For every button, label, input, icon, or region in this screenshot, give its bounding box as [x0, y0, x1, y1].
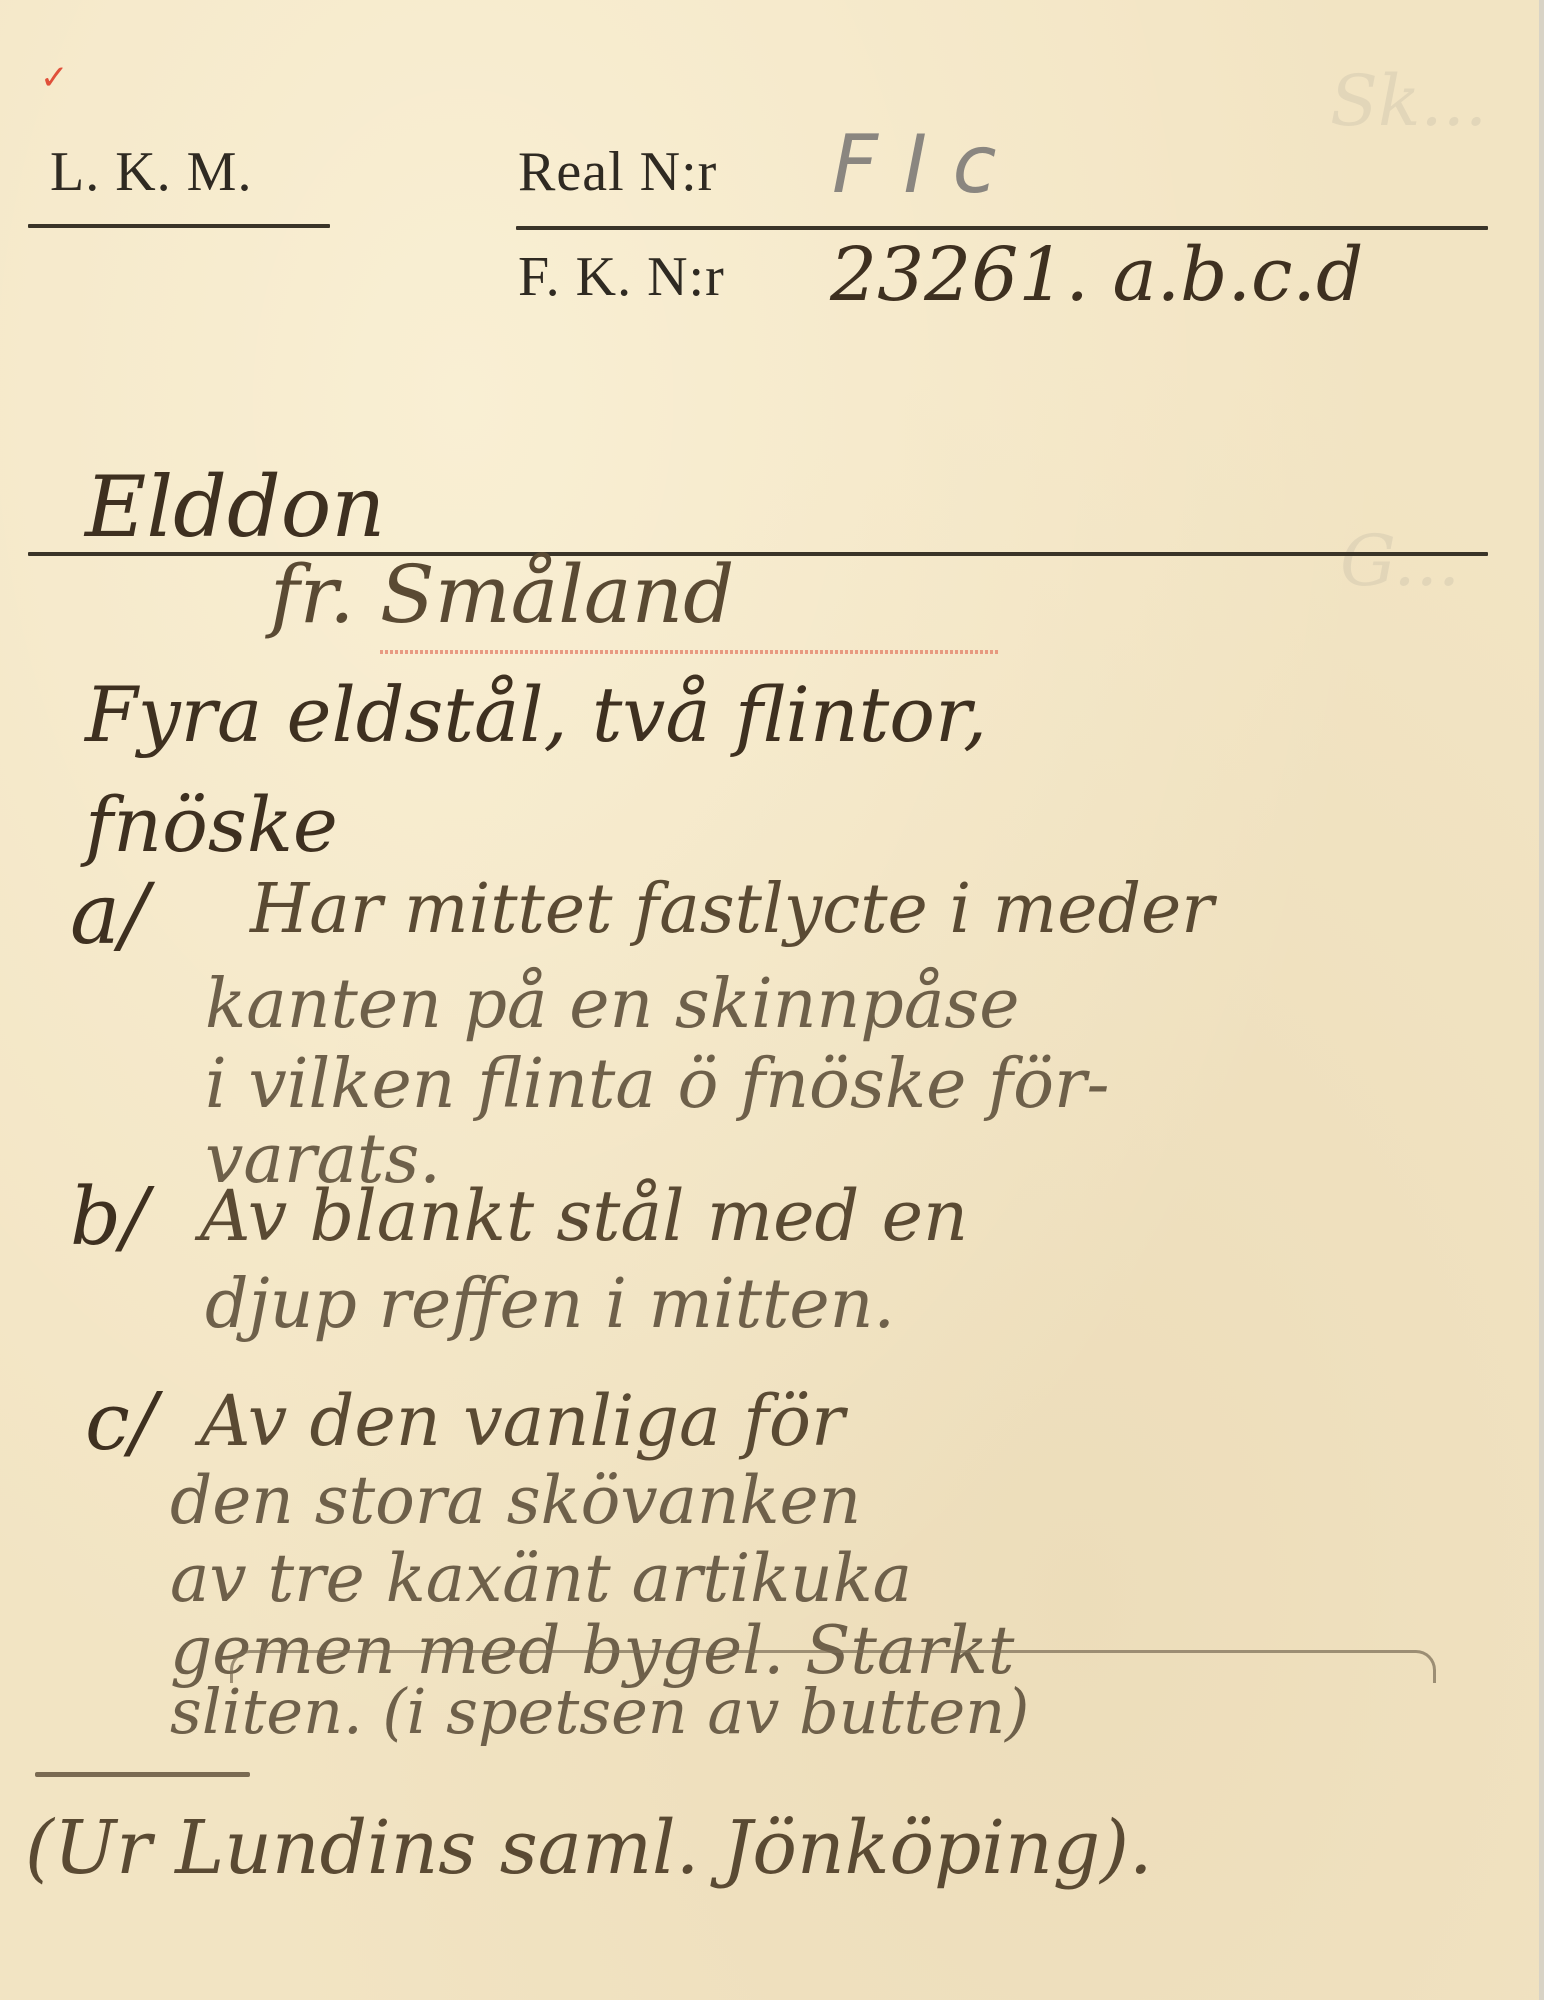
entry-a-line: i vilken flinta ö fnöske för- — [205, 1045, 1110, 1124]
entry-c-line: den stora skövanken — [170, 1462, 861, 1539]
entry-a-line: Har mittet fastlycte i meder — [250, 870, 1214, 949]
summary-line: fnöske — [85, 780, 338, 869]
entry-marker-c: c/ — [85, 1375, 157, 1468]
museum-label: L. K. M. — [50, 140, 252, 204]
origin-text: fr. Småland — [270, 548, 734, 641]
red-check-mark-icon: ✓ — [40, 58, 69, 98]
title-rule — [28, 552, 1488, 556]
real-nr-label: Real N:r — [518, 140, 717, 204]
entry-b-line: Av blankt stål med en — [200, 1175, 968, 1257]
entry-marker-a: a/ — [70, 865, 148, 963]
header-rule-left — [28, 224, 330, 228]
fk-nr-label: F. K. N:r — [518, 245, 725, 309]
header-rule-right — [516, 226, 1488, 230]
entry-marker-b: b/ — [70, 1170, 148, 1263]
collection-source: (Ur Lundins saml. Jönköping). — [25, 1805, 1153, 1891]
catalogue-card: Sk... G... ✓ L. K. M. Real N:r F I c F. … — [0, 0, 1544, 2000]
entry-a-line: kanten på en skinnpåse — [205, 965, 1020, 1044]
real-nr-value: F I c — [832, 118, 996, 211]
bleed-through-text: G... — [1340, 520, 1460, 602]
footer-rule — [35, 1772, 250, 1777]
object-title: Elddon — [85, 458, 385, 556]
entry-c-line: av tre kaxänt artikuka — [170, 1540, 912, 1617]
summary-line: Fyra eldstål, två flintor, — [85, 670, 987, 759]
fk-nr-value: 23261. a.b.c.d — [830, 232, 1363, 318]
entry-c-line: Av den vanliga för — [200, 1380, 845, 1462]
red-pencil-underline — [380, 650, 1000, 654]
entry-b-line: djup reffen i mitten. — [205, 1265, 895, 1344]
bleed-through-text: Sk... — [1330, 60, 1487, 142]
entry-c-line: sliten. (i spetsen av butten) — [170, 1675, 1029, 1748]
paper-edge — [1539, 0, 1544, 2000]
